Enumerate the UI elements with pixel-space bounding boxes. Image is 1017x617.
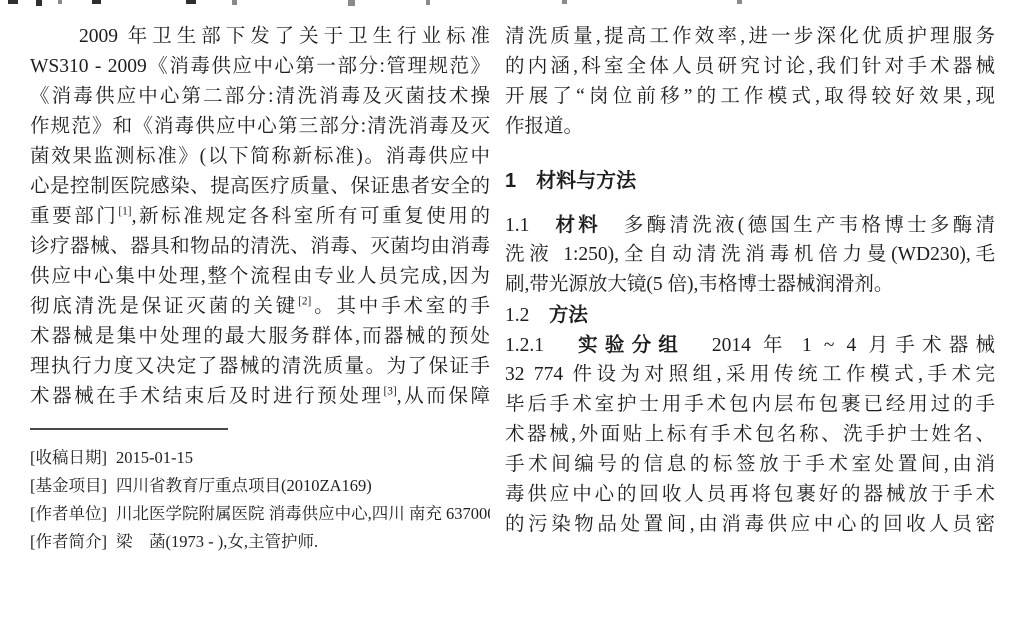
text-line: 1.1 材料 多酶清洗液(德国生产韦格博士多酶清 [505,210,995,240]
footnote-author-affiliation: [作者单位]川北医学院附属医院 消毒供应中心,四川 南充 637000 [30,500,490,528]
text-line: 重要部门[1],新标准规定各科室所有可重复使用的 [30,202,490,232]
scan-artifact [186,0,196,4]
scan-artifact [737,0,742,4]
text-line: 1.2.1 实验分组 2014 年 1 ~ 4 月手术器械 [505,330,995,360]
footnote-divider [30,428,228,430]
intro-paragraph: 2009 年卫生部下发了关于卫生行业标准WS310 - 2009《消毒供应中心第… [30,22,490,412]
scan-artifact [562,0,567,4]
text-line: 的污染物品处置间,由消毒供应中心的回收人员密 [505,510,995,540]
left-column: 2009 年卫生部下发了关于卫生行业标准WS310 - 2009《消毒供应中心第… [30,22,490,556]
text-line: 开展了“岗位前移”的工作模式,取得较好效果,现 [505,82,995,112]
text-line: 作规范》和《消毒供应中心第三部分:清洗消毒及灭 [30,112,490,142]
scan-artifact [426,0,430,5]
text-line: 术器械,外面贴上标有手术包名称、洗手护士姓名、 [505,420,995,450]
scan-artifact [232,0,237,5]
journal-page: 2009 年卫生部下发了关于卫生行业标准WS310 - 2009《消毒供应中心第… [0,0,1017,617]
footnote-label: [作者简介] [30,532,107,551]
text-line: 毒供应中心的回收人员再将包裹好的器械放于手术 [505,480,995,510]
text-line: 2009 年卫生部下发了关于卫生行业标准 [30,22,490,52]
text-line: 《消毒供应中心第二部分:清洗消毒及灭菌技术操 [30,82,490,112]
scan-artifact [36,0,42,6]
footnote-received-date: [收稿日期]2015-01-15 [30,444,490,472]
two-column-text-area: 2009 年卫生部下发了关于卫生行业标准WS310 - 2009《消毒供应中心第… [30,22,995,556]
footnote-text: 2015-01-15 [116,448,193,467]
scan-artifact [92,0,101,4]
footnote-label: [作者单位] [30,504,107,523]
text-line: 术器械是集中处理的最大服务群体,而器械的预处 [30,322,490,352]
footnote-block: [收稿日期]2015-01-15 [基金项目]四川省教育厅重点项目(2010ZA… [30,444,490,556]
text-line: 菌效果监测标准》(以下简称新标准)。消毒供应中 [30,142,490,172]
footnote-fund-project: [基金项目]四川省教育厅重点项目(2010ZA169) [30,472,490,500]
scan-artifact [8,0,18,4]
text-line: 供应中心集中处理,整个流程由专业人员完成,因为 [30,262,490,292]
text-line: 刷,带光源放大镜(5 倍),韦格博士器械润滑剂。 [505,270,995,300]
text-line: 作报道。 [505,112,995,142]
section-heading-materials-and-methods: 1 材料与方法 [505,166,995,196]
text-line: 清洗质量,提高工作效率,进一步深化优质护理服务 [505,22,995,52]
scan-artifact [348,0,355,6]
text-line: 32 774 件设为对照组,采用传统工作模式,手术完 [505,360,995,390]
footnote-text: 川北医学院附属医院 消毒供应中心,四川 南充 637000 [116,504,490,523]
intro-continuation-paragraph: 清洗质量,提高工作效率,进一步深化优质护理服务的内涵,科室全体人员研究讨论,我们… [505,22,995,142]
footnote-text: 梁 菡(1973 - ),女,主管护师. [116,532,318,551]
footnote-label: [基金项目] [30,476,107,495]
text-line: 手术间编号的信息的标签放于手术室处置间,由消 [505,450,995,480]
text-line: 诊疗器械、器具和物品的清洗、消毒、灭菌均由消毒 [30,232,490,262]
footnote-label: [收稿日期] [30,448,107,467]
text-line: 的内涵,科室全体人员研究讨论,我们针对手术器械 [505,52,995,82]
text-line: 1.2 方法 [505,300,995,330]
materials-paragraph: 1.1 材料 多酶清洗液(德国生产韦格博士多酶清洗液 1:250),全自动清洗消… [505,210,995,300]
footnote-author-bio: [作者简介]梁 菡(1973 - ),女,主管护师. [30,528,490,556]
text-line: 彻底清洗是保证灭菌的关键[2]。其中手术室的手 [30,292,490,322]
experiment-grouping-paragraph: 1.2.1 实验分组 2014 年 1 ~ 4 月手术器械32 774 件设为对… [505,330,995,540]
text-line: 心是控制医院感染、提高医疗质量、保证患者安全的 [30,172,490,202]
right-column: 清洗质量,提高工作效率,进一步深化优质护理服务的内涵,科室全体人员研究讨论,我们… [505,22,995,556]
text-line: WS310 - 2009《消毒供应中心第一部分:管理规范》 [30,52,490,82]
text-line: 洗液 1:250),全自动清洗消毒机倍力曼(WD230),毛 [505,240,995,270]
text-line: 毕后手术室护士用手术包内层布包裹已经用过的手 [505,390,995,420]
scan-artifact [58,0,62,4]
method-subheading: 1.2 方法 [505,300,995,330]
text-line: 术器械在手术结束后及时进行预处理[3],从而保障 [30,382,490,412]
footnote-text: 四川省教育厅重点项目(2010ZA169) [116,476,372,495]
text-line: 理执行力度又决定了器械的清洗质量。为了保证手 [30,352,490,382]
